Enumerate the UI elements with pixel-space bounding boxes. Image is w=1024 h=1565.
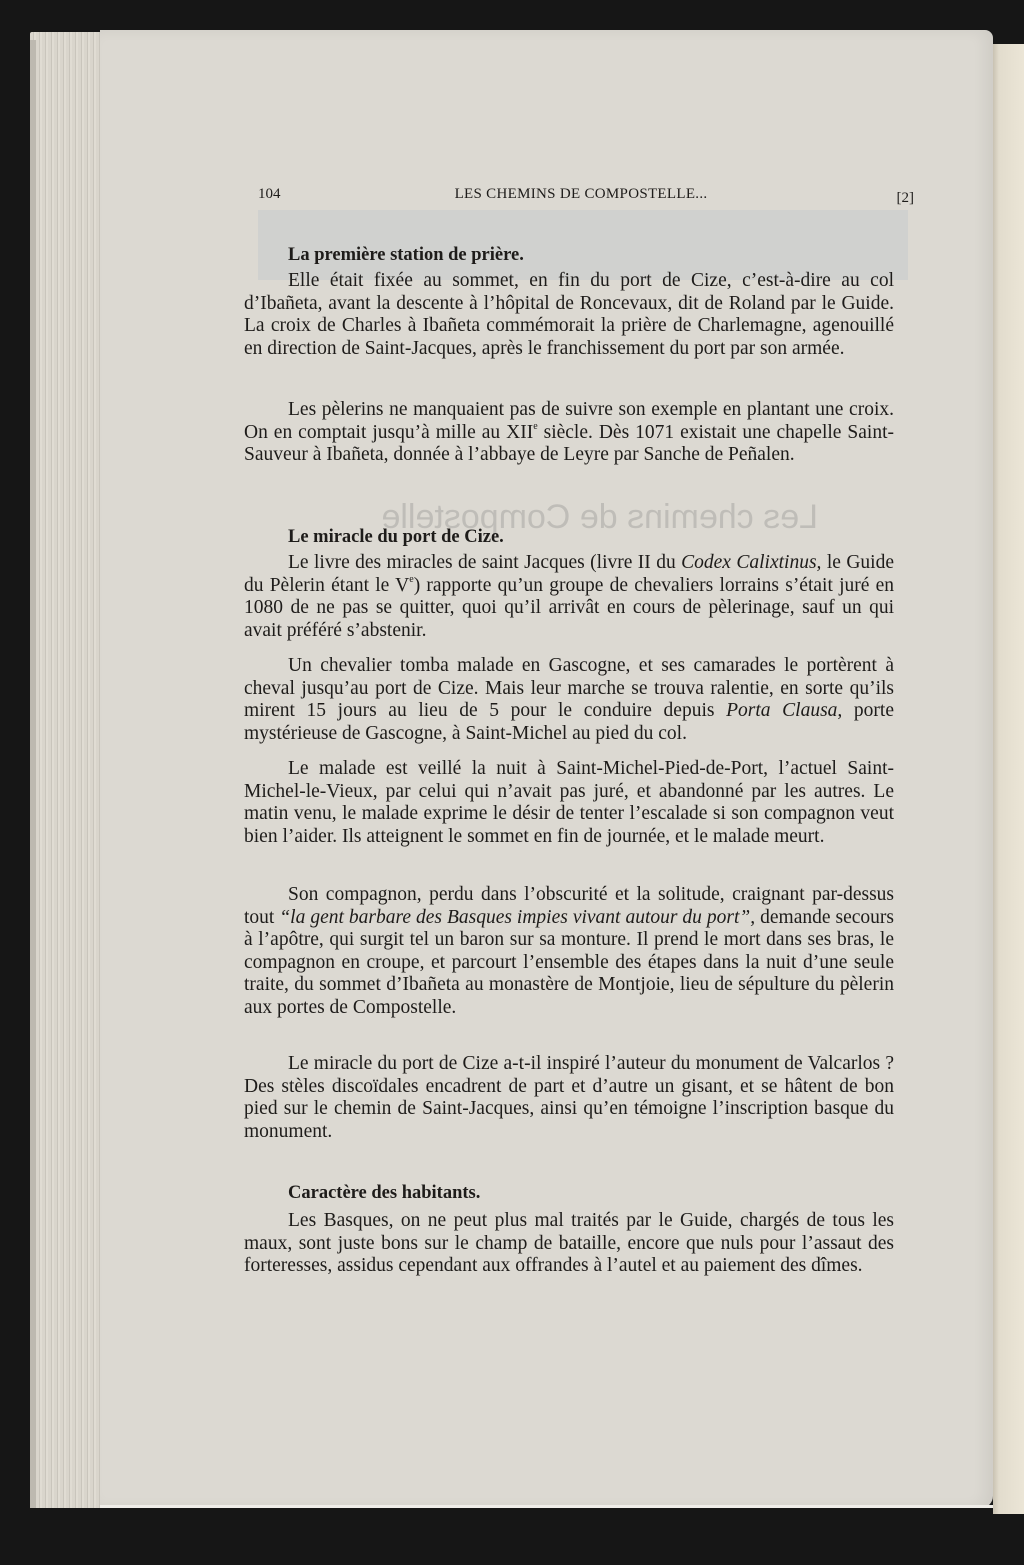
- paragraph: Les pèlerins ne manquaient pas de suivre…: [244, 399, 894, 467]
- running-header: 104 LES CHEMINS DE COMPOSTELLE... [2]: [258, 186, 904, 210]
- facing-page-edge: [993, 44, 1024, 1514]
- italic-title: Codex Calixtinus,: [681, 552, 821, 573]
- paragraph: Son compagnon, perdu dans l’obscurité et…: [244, 884, 894, 1019]
- paragraph-text: Le miracle du port de Cize a-t-il inspir…: [244, 1053, 894, 1142]
- paragraph: Le miracle du port de Cize a-t-il inspir…: [244, 1053, 894, 1143]
- italic-quote: “la gent barbare des Basques impies viva…: [279, 907, 755, 928]
- paragraph-text: Elle était fixée au sommet, en fin du po…: [244, 270, 894, 359]
- page-bottom-edge: [100, 1505, 993, 1508]
- section-heading: Caractère des habitants.: [288, 1183, 480, 1204]
- paragraph: Un chevalier tomba malade en Gascogne, e…: [244, 655, 894, 745]
- section-heading: La première station de prière.: [288, 245, 524, 266]
- running-title: LES CHEMINS DE COMPOSTELLE...: [258, 186, 904, 203]
- section-heading: Le miracle du port de Cize.: [288, 527, 504, 548]
- paragraph: Elle était fixée au sommet, en fin du po…: [244, 270, 894, 360]
- book-page-stack: [30, 32, 110, 1508]
- paragraph-text: Le malade est veillé la nuit à Saint-Mic…: [244, 758, 894, 847]
- page-stack-edge: [30, 40, 36, 1508]
- section-tag: [2]: [897, 190, 915, 207]
- paragraph: Le malade est veillé la nuit à Saint-Mic…: [244, 758, 894, 848]
- paragraph: Le livre des miracles de saint Jacques (…: [244, 552, 894, 642]
- italic-place: Porta Clausa,: [726, 700, 842, 721]
- paragraph-text: Les Basques, on ne peut plus mal traités…: [244, 1210, 894, 1276]
- paragraph: Les Basques, on ne peut plus mal traités…: [244, 1210, 894, 1278]
- paragraph-text: Le livre des miracles de saint Jacques (…: [288, 552, 681, 573]
